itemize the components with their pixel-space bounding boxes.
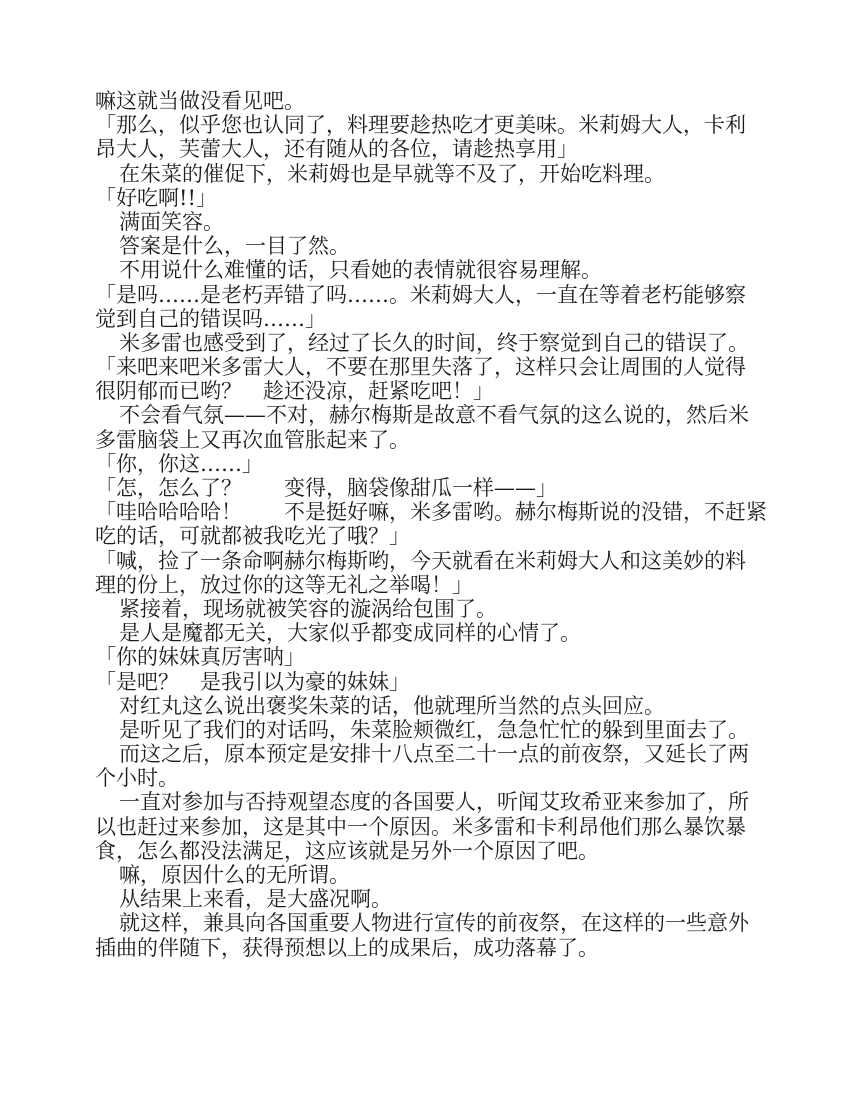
text-line: 「怎，怎么了？ 变得，脑袋像甜瓜一样——」 [95,476,775,500]
text-block: 嘛这就当做没看见吧。「那么，似乎您也认同了，料理要趁热吃才更美味。米莉姆大人，卡… [95,89,775,960]
text-line: 而这之后，原本预定是安排十八点至二十一点的前夜祭，又延长了两 [95,742,775,766]
text-line: 在朱菜的催促下，米莉姆也是早就等不及了，开始吃料理。 [95,162,775,186]
text-line: 个小时。 [95,766,775,790]
novel-page: 嘛这就当做没看见吧。「那么，似乎您也认同了，料理要趁热吃才更美味。米莉姆大人，卡… [0,0,850,1100]
text-line: 是人是魔都无关，大家似乎都变成同样的心情了。 [95,621,775,645]
text-line: 对红丸这么说出褒奖朱菜的话，他就理所当然的点头回应。 [95,694,775,718]
text-line: 食，怎么都没法满足，这应该就是另外一个原因了吧。 [95,839,775,863]
text-line: 「来吧来吧米多雷大人，不要在那里失落了，这样只会让周围的人觉得 [95,355,775,379]
text-line: 「是吧？ 是我引以为豪的妹妹」 [95,670,775,694]
text-line: 米多雷也感受到了，经过了长久的时间，终于察觉到自己的错误了。 [95,331,775,355]
text-line: 一直对参加与否持观望态度的各国要人，听闻艾玫希亚来参加了，所 [95,790,775,814]
text-line: 「你，你这……」 [95,452,775,476]
text-line: 「喊，捡了一条命啊赫尔梅斯哟，今天就看在米莉姆大人和这美妙的料 [95,549,775,573]
text-line: 昂大人，芙蕾大人，还有随从的各位，请趁热享用」 [95,137,775,161]
text-line: 「好吃啊!!」 [95,186,775,210]
text-line: 不用说什么难懂的话，只看她的表情就很容易理解。 [95,258,775,282]
text-line: 插曲的伴随下，获得预想以上的成果后，成功落幕了。 [95,936,775,960]
text-line: 吃的话，可就都被我吃光了哦？」 [95,524,775,548]
text-line: 不会看气氛——不对，赫尔梅斯是故意不看气氛的这么说的，然后米 [95,403,775,427]
text-line: 以也赶过来参加，这是其中一个原因。米多雷和卡利昂他们那么暴饮暴 [95,815,775,839]
text-line: 很阴郁而已哟？ 趁还没凉，赶紧吃吧！」 [95,379,775,403]
text-line: 「你的妹妹真厉害呐」 [95,645,775,669]
text-line: 「是吗……是老朽弄错了吗……。米莉姆大人，一直在等着老朽能够察 [95,283,775,307]
text-line: 嘛，原因什么的无所谓。 [95,863,775,887]
text-line: 觉到自己的错误吗……」 [95,307,775,331]
text-line: 嘛这就当做没看见吧。 [95,89,775,113]
text-line: 紧接着，现场就被笑容的漩涡给包围了。 [95,597,775,621]
text-line: 满面笑容。 [95,210,775,234]
text-line: 是听见了我们的对话吗，朱菜脸颊微红，急急忙忙的躲到里面去了。 [95,718,775,742]
text-line: 理的份上，放过你的这等无礼之举喝！」 [95,573,775,597]
text-line: 「哇哈哈哈哈！ 不是挺好嘛，米多雷哟。赫尔梅斯说的没错，不赶紧 [95,500,775,524]
text-line: 答案是什么，一目了然。 [95,234,775,258]
text-line: 「那么，似乎您也认同了，料理要趁热吃才更美味。米莉姆大人，卡利 [95,113,775,137]
text-line: 多雷脑袋上又再次血管胀起来了。 [95,428,775,452]
text-line: 就这样，兼具向各国重要人物进行宣传的前夜祭，在这样的一些意外 [95,911,775,935]
text-line: 从结果上来看，是大盛况啊。 [95,887,775,911]
